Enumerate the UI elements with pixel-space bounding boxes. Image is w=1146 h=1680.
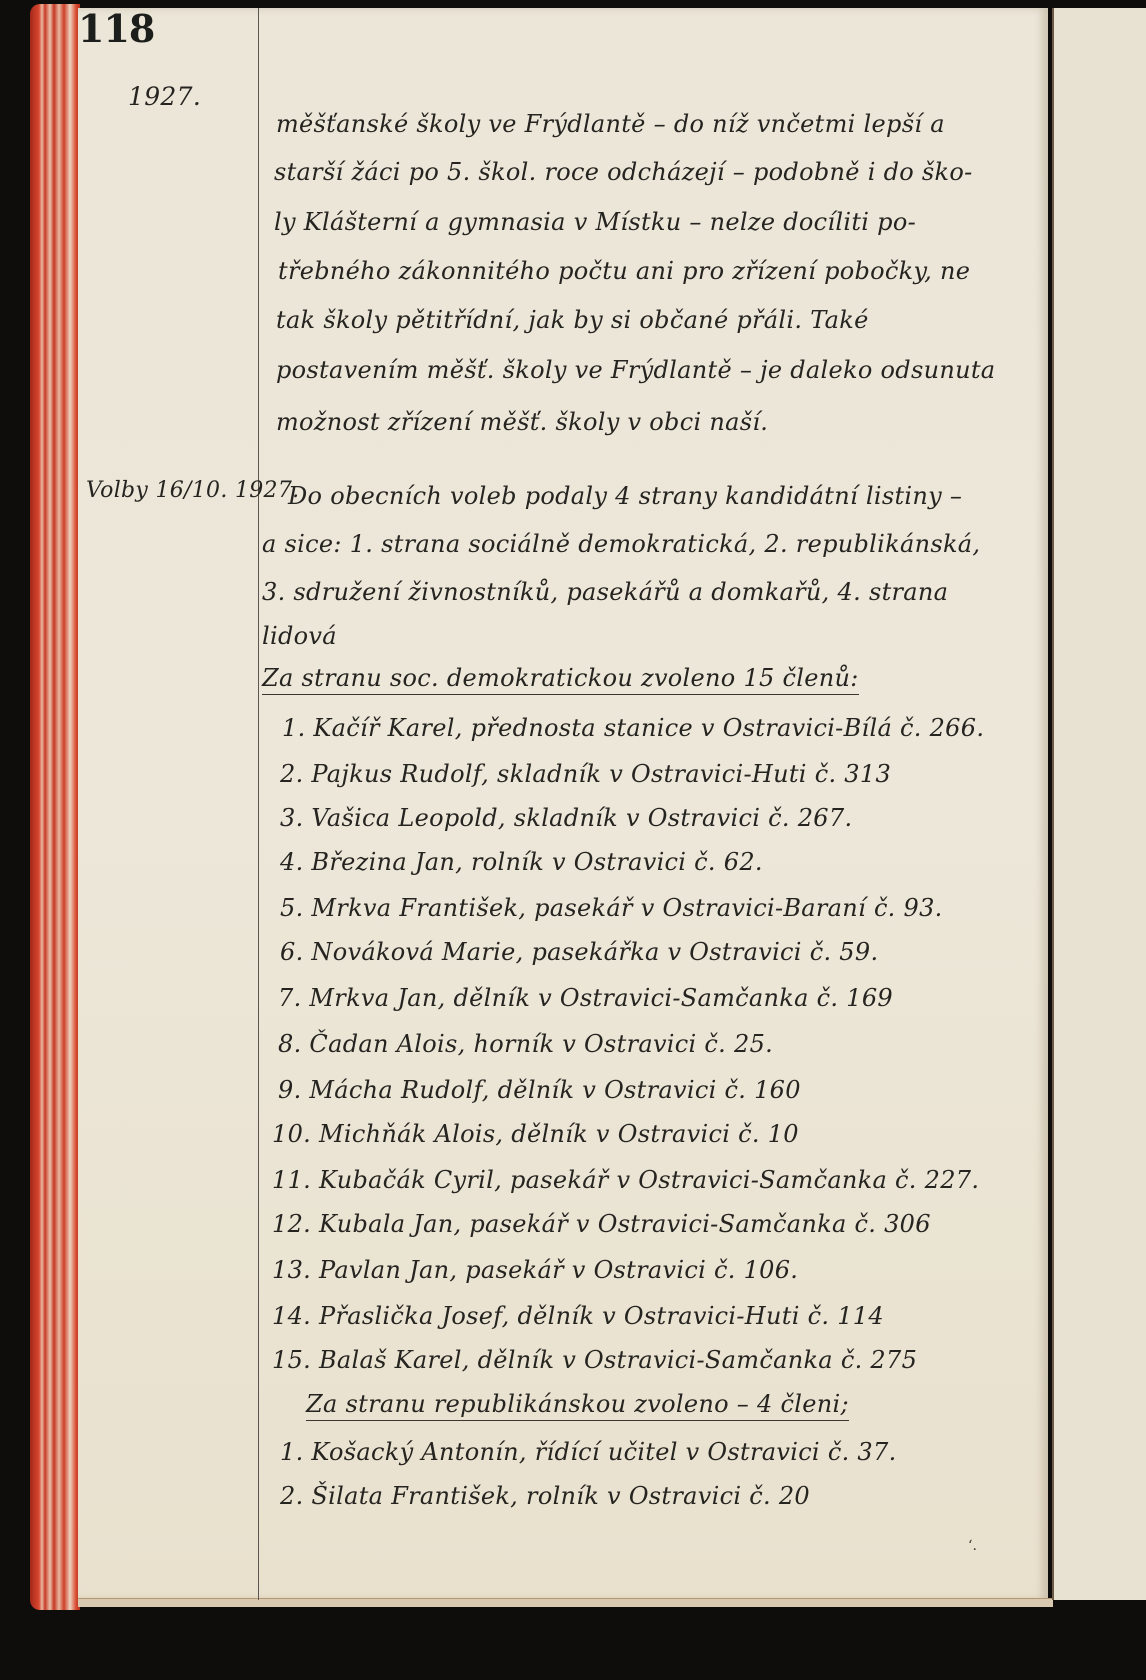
member-row: 8. Čadan Alois, horník v Ostravici č. 25… xyxy=(278,1030,773,1058)
member-row: 12. Kubala Jan, pasekář v Ostravici-Samč… xyxy=(272,1210,931,1238)
margin-note-elections: Volby 16/10. 1927. xyxy=(86,478,299,503)
member-row: 6. Nováková Marie, pasekářka v Ostravici… xyxy=(280,938,878,966)
member-row: 5. Mrkva František, pasekář v Ostravici-… xyxy=(280,894,943,922)
text-line: možnost zřízení měšť. školy v obci naší. xyxy=(276,408,768,436)
ink-mark: ‘. xyxy=(968,1538,977,1554)
text-line: starší žáci po 5. škol. roce odcházejí –… xyxy=(274,158,973,186)
text-line: a sice: 1. strana sociálně demokratická,… xyxy=(262,530,980,558)
margin-note-year: 1927. xyxy=(128,82,201,111)
member-row: 7. Mrkva Jan, dělník v Ostravici-Samčank… xyxy=(278,984,893,1012)
text-line: ly Klášterní a gymnasia v Místku – nelze… xyxy=(274,208,916,236)
page-bottom-edge xyxy=(78,1598,1053,1607)
member-row: 2. Šilata František, rolník v Ostravici … xyxy=(280,1482,810,1510)
text-line: lidová xyxy=(262,622,337,650)
text-line: Do obecních voleb podaly 4 strany kandid… xyxy=(288,482,962,510)
member-row: 13. Pavlan Jan, pasekář v Ostravici č. 1… xyxy=(272,1256,798,1284)
margin-rule xyxy=(258,8,259,1600)
member-row: 15. Balaš Karel, dělník v Ostravici-Samč… xyxy=(272,1346,917,1374)
facing-page xyxy=(1052,8,1146,1600)
text-line: 3. sdružení živnostníků, pasekářů a domk… xyxy=(262,578,948,606)
member-row: 2. Pajkus Rudolf, skladník v Ostravici-H… xyxy=(280,760,891,788)
text-line: třebného zákonnitého počtu ani pro zříze… xyxy=(278,257,970,285)
member-row: 14. Přaslička Josef, dělník v Ostravici-… xyxy=(272,1302,884,1330)
text-line: tak školy pětitřídní, jak by si občané p… xyxy=(276,306,869,334)
text-line: měšťanské školy ve Frýdlantě – do níž vn… xyxy=(276,110,945,138)
member-row: 9. Mácha Rudolf, dělník v Ostravici č. 1… xyxy=(278,1076,801,1104)
member-row: 3. Vašica Leopold, skladník v Ostravici … xyxy=(280,804,852,832)
member-row: 1. Košacký Antonín, řídící učitel v Ostr… xyxy=(280,1438,897,1466)
book-edge-red xyxy=(30,4,80,1610)
page-number: 118 xyxy=(78,6,154,51)
member-row: 11. Kubačák Cyril, pasekář v Ostravici-S… xyxy=(272,1166,979,1194)
text-line: postavením měšť. školy ve Frýdlantě – je… xyxy=(276,356,995,384)
member-row: 4. Březina Jan, rolník v Ostravici č. 62… xyxy=(280,848,763,876)
section-heading-soc-dem: Za stranu soc. demokratickou zvoleno 15 … xyxy=(262,664,859,695)
section-heading-republican: Za stranu republikánskou zvoleno – 4 čle… xyxy=(306,1390,849,1421)
member-row: 1. Kačíř Karel, přednosta stanice v Ostr… xyxy=(282,714,984,742)
member-row: 10. Michňák Alois, dělník v Ostravici č.… xyxy=(272,1120,799,1148)
